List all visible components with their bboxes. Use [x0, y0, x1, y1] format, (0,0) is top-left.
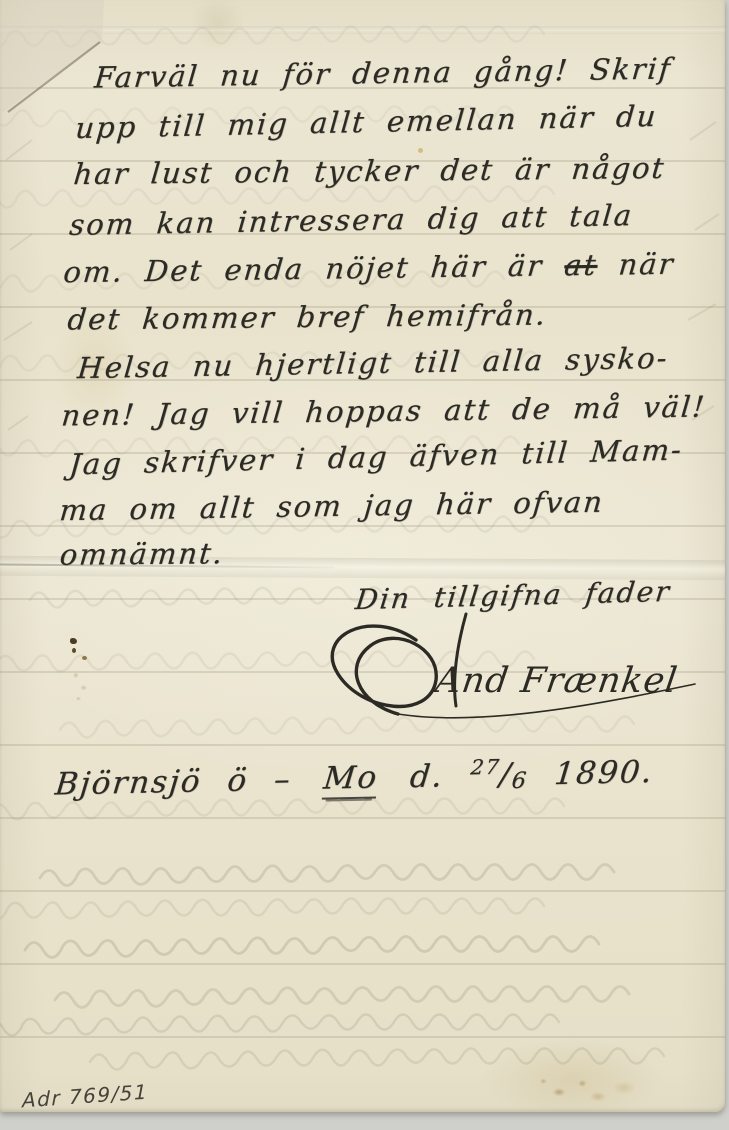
- stain-bottom-right: [520, 1068, 650, 1112]
- letter-line-3: har lust och tycker det är något: [72, 151, 667, 191]
- dateline-day: 27: [469, 755, 502, 780]
- letter-line-6: det kommer bref hemifrån.: [66, 297, 549, 336]
- letter-line-11: omnämnt.: [58, 536, 225, 571]
- dateline-month: 6: [510, 768, 529, 794]
- signature-text: And Frænkel: [430, 660, 681, 701]
- struck-out-word: at: [563, 248, 599, 282]
- dateline-place: Björnsjö ö –: [53, 762, 293, 803]
- letter-line-1: Farväl nu för denna gång! Skrif: [93, 51, 673, 94]
- foxing-specks: [68, 668, 94, 704]
- dateline-prefix: d.: [408, 758, 445, 795]
- ink-speck: [70, 638, 77, 644]
- letter-line-7: Helsa nu hjertligt till alla sysko-: [76, 341, 670, 385]
- dateline: Björnsjö ö – Mo d. 27/6 1890.: [53, 752, 655, 804]
- letter-line-4: som kan intressera dig att tala: [68, 198, 635, 242]
- dateline-day-month: 27/6: [468, 757, 530, 794]
- letter-line-5: om. Det enda nöjet här är at när: [62, 247, 676, 290]
- paper-sheet: Farväl nu för denna gång! Skrif upp till…: [0, 0, 725, 1112]
- dateline-place-underlined: Mo: [322, 760, 381, 800]
- signature-flourish: And Frænkel: [298, 608, 698, 748]
- ink-speck: [82, 656, 87, 660]
- archive-reference: Adr 769/51: [22, 1080, 148, 1113]
- dateline-year: 1890.: [553, 754, 656, 792]
- letter-line-8: nen! Jag vill hoppas att de må väl!: [60, 390, 708, 433]
- letter-line-10: ma om allt som jag här ofvan: [58, 485, 605, 528]
- letter-line-9: Jag skrifver i dag äfven till Mam-: [68, 433, 684, 482]
- line-5-text: om. Det enda nöjet här är: [62, 249, 545, 290]
- scanned-letter-page: Farväl nu för denna gång! Skrif upp till…: [0, 0, 729, 1130]
- letter-line-2: upp till mig allt emellan när du: [74, 99, 659, 145]
- foxing-speck: [418, 148, 423, 153]
- ink-speck: [72, 648, 76, 653]
- line-5-text-end: när: [617, 247, 676, 282]
